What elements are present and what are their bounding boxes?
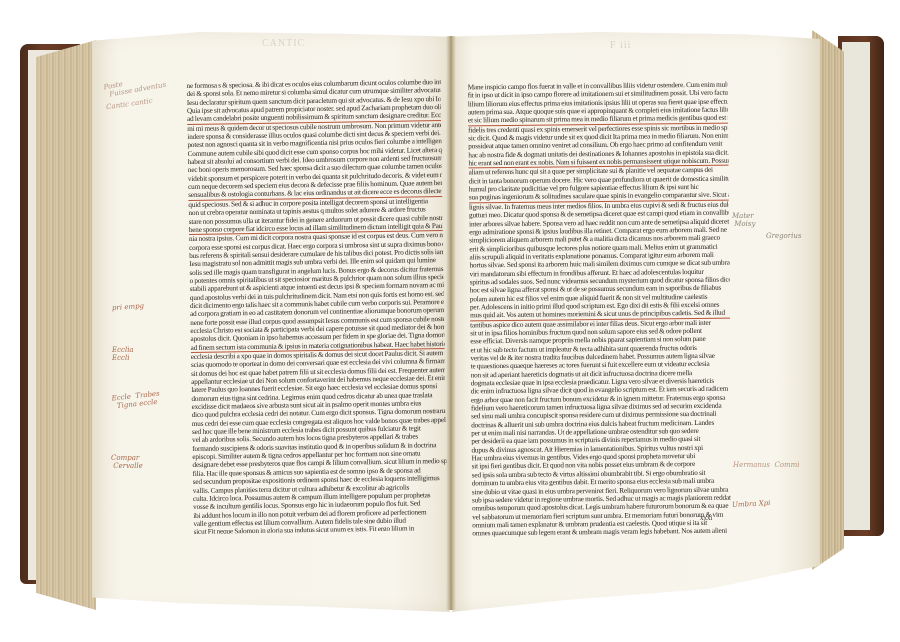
book-photograph: CANTIC F iii ne formosa s & speciosa. & … <box>0 0 900 642</box>
left-running-head: CANTIC <box>262 38 305 49</box>
book-gutter <box>446 36 456 610</box>
left-text-column: ne formosa s & speciosa. & ibi dicat es … <box>186 78 447 534</box>
marginal-note: Mater Moisy <box>732 212 755 228</box>
marginal-note: Hermanus Commi <box>733 461 800 469</box>
right-endpaper <box>842 42 870 530</box>
right-running-head: F iii <box>610 40 631 51</box>
folio-number: xxxi <box>700 514 712 522</box>
marginal-note: Compar Cervalle <box>111 454 143 470</box>
marginal-note: Ecclia Eccli <box>112 346 134 362</box>
left-page-block-edges <box>36 40 96 610</box>
right-text-column: Mane inspicio campo flos fuerat in valle… <box>468 81 733 539</box>
marginal-note: Gregorius <box>766 232 801 240</box>
